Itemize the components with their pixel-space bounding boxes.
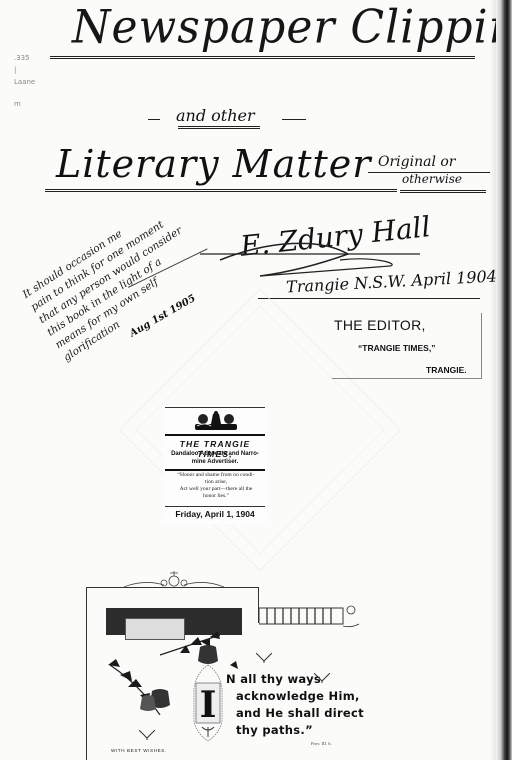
motto-line: “Honor and shame from no condi- <box>167 472 265 479</box>
verse-line: N all thy ways <box>226 671 364 688</box>
subtitle-note-underline2 <box>400 190 486 193</box>
connector-underline <box>178 126 260 129</box>
subtitle: Literary Matter <box>56 142 371 186</box>
masthead-subtitle-line: mine Advertiser. <box>163 458 267 466</box>
editor-label-clipping: THE EDITOR, “TRANGIE TIMES,” TRANGIE. <box>332 313 482 379</box>
masthead-date: Friday, April 1, 1904 <box>163 509 267 519</box>
motto-line: tion arise, <box>167 479 265 486</box>
masthead-rule <box>165 407 265 408</box>
verse-line: thy paths.” <box>236 722 364 739</box>
dash-left <box>148 119 160 120</box>
subtitle-note-line2: otherwise <box>402 172 462 186</box>
editor-paper: “TRANGIE TIMES,” <box>358 343 435 353</box>
editor-town: TRANGIE. <box>426 365 467 375</box>
masthead-subtitle-line: Dandaloo Advocate and Narro- <box>163 450 267 458</box>
margin-note: .335 <box>14 52 35 64</box>
binding-edge <box>496 0 512 760</box>
place-date-underline <box>258 298 480 299</box>
editor-title: THE EDITOR, <box>334 317 426 333</box>
masthead-motto: “Honor and shame from no condi- tion ari… <box>167 472 265 500</box>
page-title: Newspaper Clippings <box>72 1 512 55</box>
bird-icon <box>314 673 330 683</box>
margin-note: m <box>14 98 35 110</box>
card-verse: N all thy ways acknowledge Him, and He s… <box>226 671 364 739</box>
bird-icon <box>256 653 272 663</box>
illuminated-initial-icon: I <box>192 663 224 743</box>
motto-line: Act well your part—there all the <box>167 486 265 493</box>
verse-line: acknowledge Him, <box>236 688 364 705</box>
title-underline <box>50 56 475 59</box>
card-footer: WITH BEST WISHES. <box>111 748 167 753</box>
motto-line: honor lies.” <box>167 493 265 500</box>
masthead-rule <box>165 506 265 507</box>
svg-text:I: I <box>200 684 217 726</box>
verse-line: and He shall direct <box>236 705 364 722</box>
connector-text: and other <box>176 106 255 125</box>
bird-icon <box>139 730 155 740</box>
margin-note: | <box>14 64 35 76</box>
subtitle-note-line1: Original or <box>378 154 456 170</box>
margin-notes: .335 | Laane m <box>14 52 35 110</box>
masthead-subtitle: Dandaloo Advocate and Narro- mine Advert… <box>163 450 267 466</box>
subtitle-underline <box>45 189 397 192</box>
rail-ornament-icon <box>259 602 359 632</box>
coat-of-arms-icon <box>191 410 241 432</box>
scanned-page: .335 | Laane m Newspaper Clippings and o… <box>0 0 512 760</box>
dash-right <box>282 119 306 120</box>
masthead-rule <box>165 434 265 436</box>
masthead-rule <box>165 469 265 471</box>
masthead-clipping: THE TRANGIE TIMES, Dandaloo Advocate and… <box>163 406 267 524</box>
greeting-card: I N all thy ways acknowledge Him, and He… <box>84 565 364 760</box>
verse-reference: Prov. III. 6. <box>311 741 332 746</box>
margin-note: Laane <box>14 76 35 88</box>
